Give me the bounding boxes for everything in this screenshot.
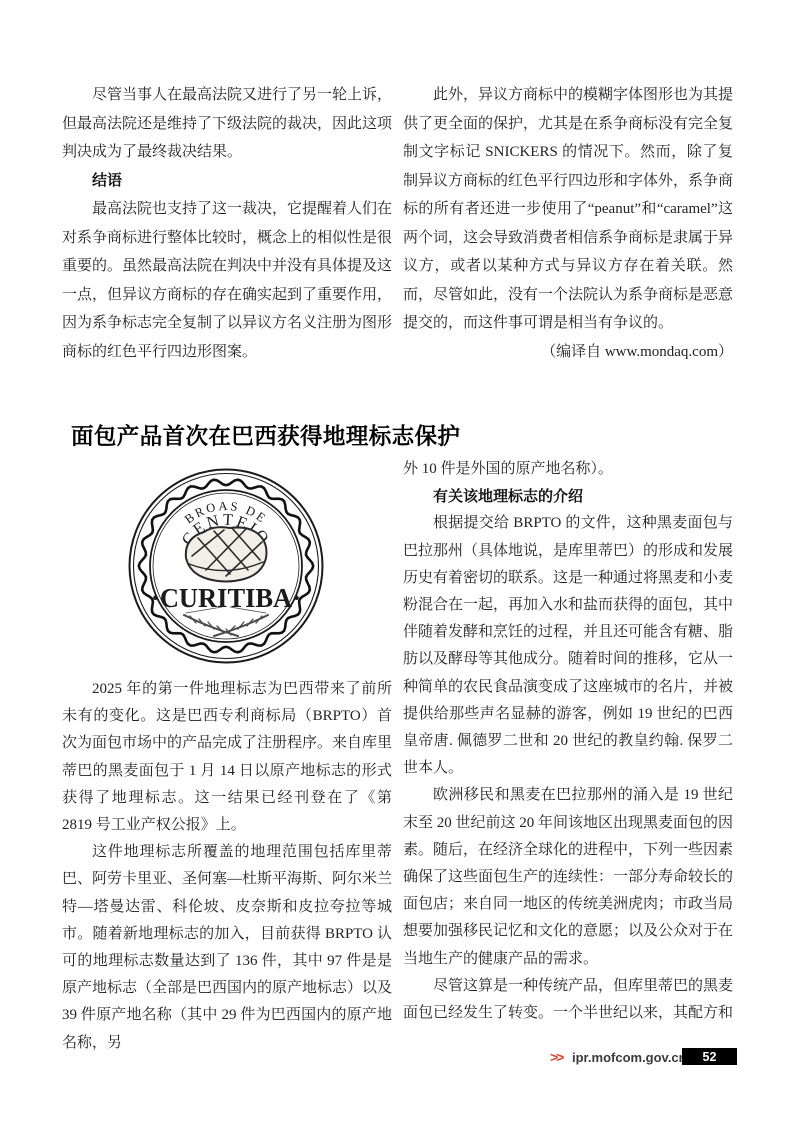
document-page: 尽管当事人在最高法院又进行了另一轮上诉，但最高法院还是维持了下级法院的裁决，因此… [0, 0, 794, 1123]
paragraph: 尽管这算是一种传统产品，但库里蒂巴的黑麦面包已经发生了转变。一个半世纪以来，其配… [403, 973, 733, 1027]
paragraph: 2025 年的第一件地理标志为巴西带来了前所未有的变化。这是巴西专利商标局（BR… [62, 676, 392, 839]
seal-city-name: ·CURITIBA· [151, 583, 301, 613]
section-subhead: 结语 [62, 167, 392, 196]
paragraph: 根据提交给 BRPTO 的文件，这种黑麦面包与巴拉那州（具体地说，是库里蒂巴）的… [403, 510, 733, 782]
paragraph: 外 10 件是外国的原产地名称）。 [403, 456, 733, 483]
paragraph: 尽管当事人在最高法院又进行了另一轮上诉，但最高法院还是维持了下级法院的裁决，因此… [62, 81, 392, 167]
paragraph: 这件地理标志所覆盖的地理范围包括库里蒂巴、阿劳卡里亚、圣何塞—杜斯平海斯、阿尔米… [62, 839, 392, 1057]
chevron-right-icon: >> [550, 1049, 562, 1065]
curitiba-seal-icon: BROAS DE CENTEIO ·CURITIBA· [125, 466, 327, 666]
footer-site-url: ipr.mofcom.gov.cn [572, 1050, 687, 1065]
page-footer: >> ipr.mofcom.gov.cn 52 [0, 1048, 794, 1070]
page-number-badge: 52 [682, 1048, 737, 1065]
seal-image: BROAS DE CENTEIO ·CURITIBA· [125, 466, 327, 666]
prev-article-left-column: 尽管当事人在最高法院又进行了另一轮上诉，但最高法院还是维持了下级法院的裁决，因此… [62, 81, 392, 366]
section-subhead: 有关该地理标志的介绍 [403, 483, 733, 510]
paragraph: 最高法院也支持了这一裁决，它提醒着人们在对系争商标进行整体比较时，概念上的相似性… [62, 195, 392, 366]
bread-icon [186, 527, 267, 581]
article-left-column: 2025 年的第一件地理标志为巴西带来了前所未有的变化。这是巴西专利商标局（BR… [62, 676, 392, 1057]
article-right-column: 外 10 件是外国的原产地名称）。有关该地理标志的介绍根据提交给 BRPTO 的… [403, 456, 733, 1027]
paragraph: 此外，异议方商标中的模糊字体图形也为其提供了更全面的保护，尤其是在系争商标没有完… [403, 81, 733, 338]
article-title: 面包产品首次在巴西获得地理标志保护 [71, 419, 460, 451]
paragraph: （编译自 www.mondaq.com） [403, 338, 733, 367]
prev-article-right-column: 此外，异议方商标中的模糊字体图形也为其提供了更全面的保护，尤其是在系争商标没有完… [403, 81, 733, 366]
paragraph: 欧洲移民和黑麦在巴拉那州的涌入是 19 世纪末至 20 世纪前这 20 年间该地… [403, 782, 733, 972]
